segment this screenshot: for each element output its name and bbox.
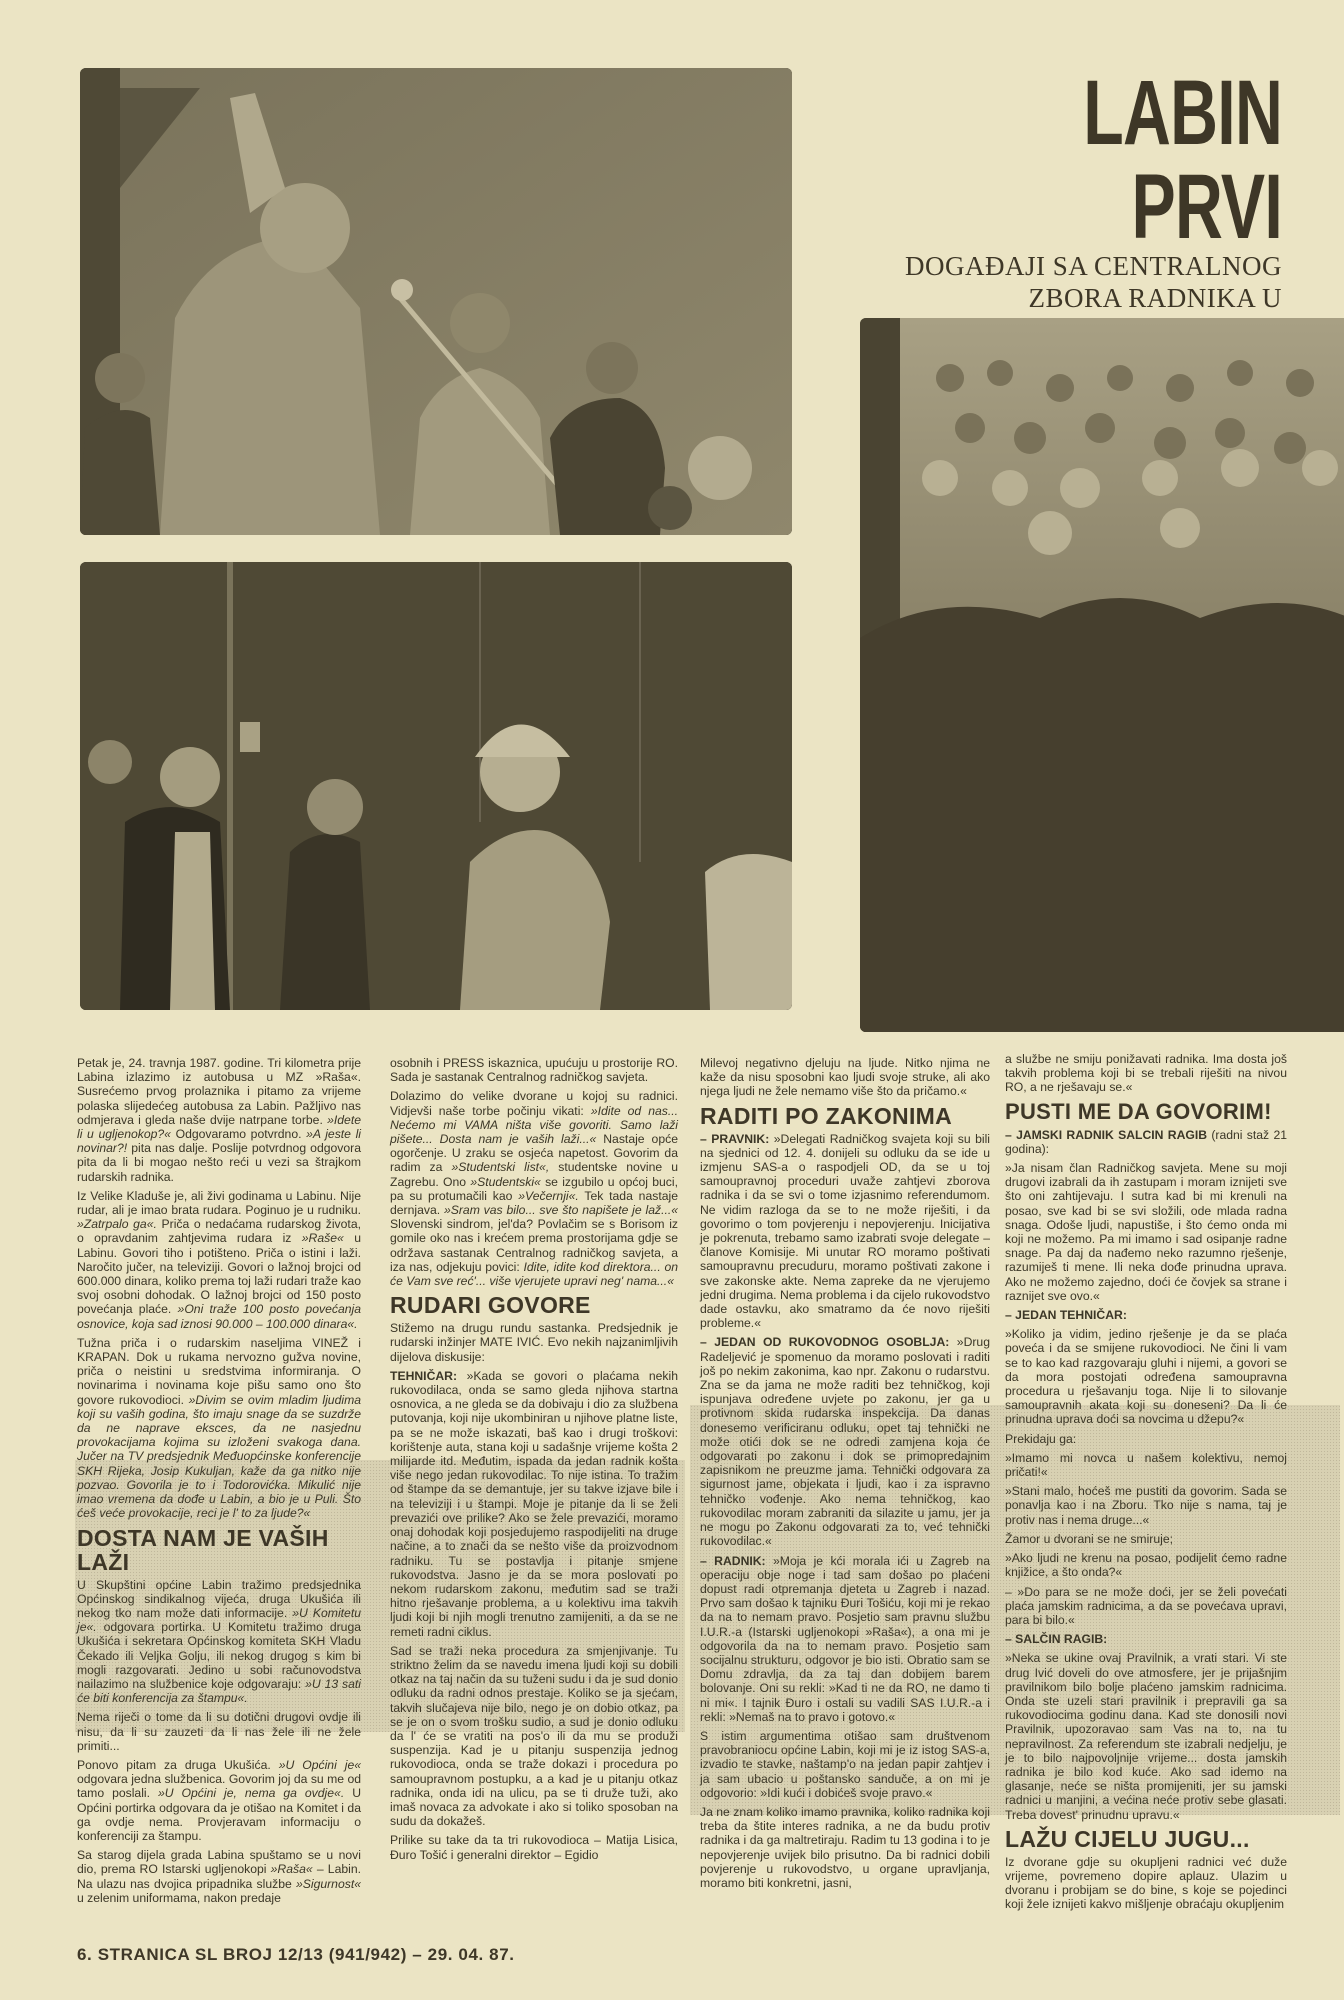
paragraph: Nema riječi o tome da li su dotični drug… [77,1710,361,1753]
paragraph: Ja ne znam koliko imamo pravnika, koliko… [700,1805,990,1890]
speaker-label: – SALČIN RAGIB: [1005,1632,1107,1646]
headline-line-1: LABIN [1083,66,1282,160]
paragraph: – JEDAN OD RUKOVODNOG OSOBLJA: »Drug Rad… [700,1335,990,1548]
paragraph: – »Do para se ne može doći, jer se želi … [1005,1585,1287,1628]
article-column-2: osobnih i PRESS iskaznica, upućuju u pro… [390,1056,678,1867]
paragraph: »Stani malo, hoćeš me pustiti da govorim… [1005,1484,1287,1527]
paragraph: »Neka se ukine ovaj Pravilnik, a vrati s… [1005,1651,1287,1821]
paragraph: Sa starog dijela grada Labina spuštamo s… [77,1848,361,1905]
subtitle-line-2: ZBORA RADNIKA U [782,282,1282,314]
paragraph: – JEDAN TEHNIČAR: [1005,1308,1287,1322]
paragraph: – PRAVNIK: »Delegati Radničkog svajeta k… [700,1132,990,1331]
paragraph: Petak je, 24. travnja 1987. godine. Tri … [77,1056,361,1184]
speaker-label: – JEDAN OD RUKOVODNOG OSOBLJA: [700,1335,949,1349]
paragraph: – SALČIN RAGIB: [1005,1632,1287,1646]
paragraph: TEHNIČAR: »Kada se govori o plaćama neki… [390,1369,678,1639]
page-footer-folio: 6. STRANICA SL BROJ 12/13 (941/942) – 29… [77,1945,515,1965]
section-heading-raditi-po-zakonima: RADITI PO ZAKONIMA [700,1104,990,1128]
photo-miner-image [80,562,792,1010]
speaker-label: – RADNIK: [700,1554,766,1568]
article-column-3: Milevoj negativno djeluju na ljude. Nitk… [700,1056,990,1895]
photo-crowd-image [860,318,1344,1032]
paragraph: »Koliko ja vidim, jedino rješenje je da … [1005,1327,1287,1426]
headline-line-2: PRVI [1083,160,1282,254]
paragraph: osobnih i PRESS iskaznica, upućuju u pro… [390,1056,678,1084]
paragraph: Prekidaju ga: [1005,1432,1287,1446]
page-headline: LABIN PRVI [1083,66,1282,254]
paragraph: Iz dvorane gdje su okupljeni radnici već… [1005,1855,1287,1912]
photo-crowd-of-workers [860,318,1344,1032]
paragraph: U Skupštini općine Labin tražimo predsje… [77,1578,361,1706]
section-heading-lazu-cijelu-jugu: LAŽU CIJELU JUGU... [1005,1827,1287,1851]
paragraph: S istim argumentima otišao sam društveno… [700,1729,990,1800]
paragraph: Ponovo pitam za druga Ukušića. »U Općini… [77,1758,361,1843]
page-subtitle: DOGAĐAJI SA CENTRALNOG ZBORA RADNIKA U [782,250,1282,314]
paragraph: Sad se traži neka procedura za smjenjiva… [390,1644,678,1829]
photo-miner-with-helmet [80,562,792,1010]
paragraph: Iz Velike Kladuše je, ali živi godinama … [77,1189,361,1331]
paragraph: – RADNIK: »Moja je kći morala ići u Zagr… [700,1554,990,1724]
speaker-label: – JAMSKI RADNIK SALCIN RAGIB [1005,1128,1207,1142]
article-column-4: a službe ne smiju ponižavati radnika. Im… [1005,1052,1287,1917]
section-heading-rudari-govore: RUDARI GOVORE [390,1293,678,1317]
subtitle-line-1: DOGAĐAJI SA CENTRALNOG [782,250,1282,282]
photo-speaker-at-microphone [80,68,792,535]
paragraph: Dolazimo do velike dvorane u kojoj su ra… [390,1089,678,1288]
paragraph: »Ja nisam član Radničkog savjeta. Mene s… [1005,1161,1287,1303]
paragraph: Tužna priča i o rudarskim naseljima VINE… [77,1336,361,1521]
photo-speaker-image [80,68,792,535]
paragraph: Milevoj negativno djeluju na ljude. Nitk… [700,1056,990,1099]
paragraph: Stižemo na drugu rundu sastanka. Predsje… [390,1321,678,1364]
section-heading-pusti-me-da-govorim: PUSTI ME DA GOVORIM! [1005,1100,1287,1124]
paragraph: Žamor u dvorani se ne smiruje; [1005,1532,1287,1546]
paragraph: a službe ne smiju ponižavati radnika. Im… [1005,1052,1287,1095]
speaker-label: – JEDAN TEHNIČAR: [1005,1308,1127,1322]
article-column-1: Petak je, 24. travnja 1987. godine. Tri … [77,1056,361,1910]
speaker-label: TEHNIČAR: [390,1369,457,1383]
paragraph: »Imamo mi novca u našem kolektivu, nemoj… [1005,1451,1287,1479]
paragraph: – JAMSKI RADNIK SALCIN RAGIB (radni staž… [1005,1128,1287,1156]
section-heading-dosta-nam: DOSTA NAM JE VAŠIH LAŽI [77,1526,361,1574]
paragraph: »Ako ljudi ne krenu na posao, podijelit … [1005,1551,1287,1579]
paragraph: Prilike su take da ta tri rukovodioca – … [390,1833,678,1861]
speaker-label: – PRAVNIK: [700,1132,769,1146]
